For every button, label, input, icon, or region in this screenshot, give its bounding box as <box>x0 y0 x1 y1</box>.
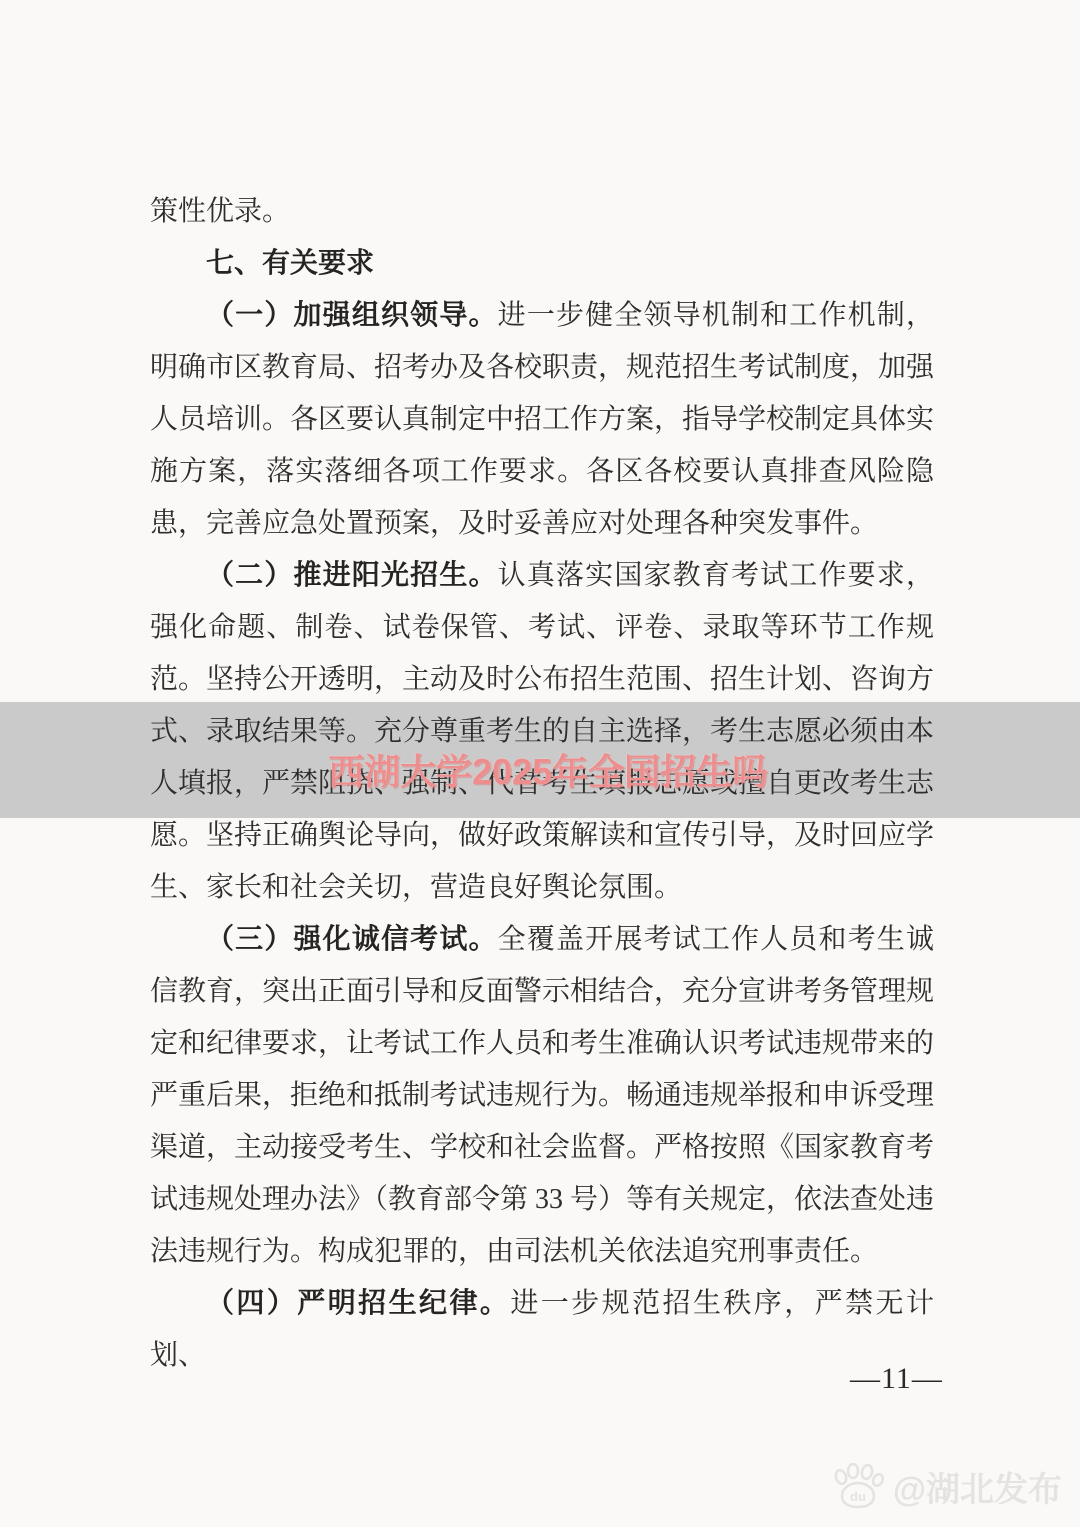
paw-label: du <box>850 1489 866 1504</box>
scanned-document-page: 策性优录。 七、有关要求 （一）加强组织领导。进一步健全领导机制和工作机制，明确… <box>0 0 1080 1527</box>
paragraph-text: 进一步健全领导机制和工作机制，明确市区教育局、招考办及各校职责，规范招生考试制度… <box>150 300 934 539</box>
section-heading-label: 七、有关要求 <box>206 248 374 279</box>
paragraph-lead: （二）推进阳光招生。 <box>206 560 498 591</box>
paragraph-continuation: 策性优录。 <box>150 186 934 238</box>
paragraph-text: 策性优录。 <box>150 196 290 227</box>
paragraph-lead: （四）严明招生纪律。 <box>206 1288 510 1319</box>
paragraph-text: 认真落实国家教育考试工作要求，强化命题、制卷、试卷保管、考试、评卷、录取等环节工… <box>150 560 934 903</box>
publisher-handle: @湖北发布 <box>893 1462 1062 1511</box>
paragraph-lead: （三）强化诚信考试。 <box>206 924 498 955</box>
paragraph-lead: （一）加强组织领导。 <box>206 300 498 331</box>
section-heading: 七、有关要求 <box>150 238 934 290</box>
page-number: —11— <box>850 1362 943 1396</box>
red-overlay-caption: 西湖大学2025年全国招生吗 <box>328 744 768 795</box>
paragraph-text: 全覆盖开展考试工作人员和考生诚信教育，突出正面引导和反面警示相结合，充分宣讲考务… <box>150 924 934 1267</box>
paw-icon: du <box>829 1463 887 1511</box>
paragraph-item-4: （四）严明招生纪律。进一步规范招生秩序，严禁无计划、 <box>150 1278 934 1382</box>
paragraph-item-3: （三）强化诚信考试。全覆盖开展考试工作人员和考生诚信教育，突出正面引导和反面警示… <box>150 914 934 1278</box>
paragraph-item-1: （一）加强组织领导。进一步健全领导机制和工作机制，明确市区教育局、招考办及各校职… <box>150 290 934 550</box>
publisher-watermark: du @湖北发布 <box>829 1462 1062 1511</box>
paragraph-item-2: （二）推进阳光招生。认真落实国家教育考试工作要求，强化命题、制卷、试卷保管、考试… <box>150 550 934 914</box>
